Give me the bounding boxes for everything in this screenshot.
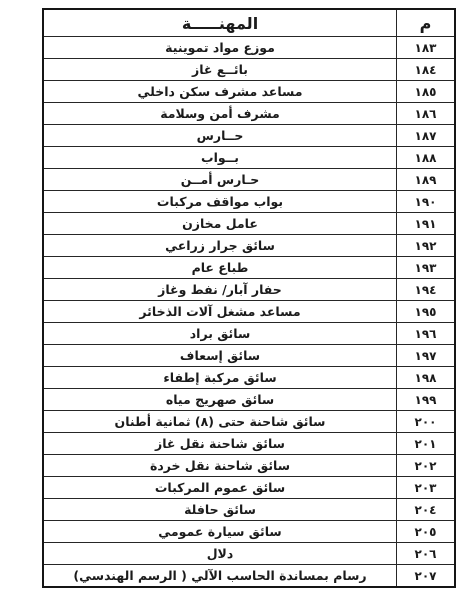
row-number-cell: ٢٠٦ bbox=[397, 543, 456, 565]
profession-cell: سائق شاحنة حتى (٨) ثمانية أطنان bbox=[43, 411, 397, 433]
row-number-cell: ١٨٧ bbox=[397, 125, 456, 147]
row-number-cell: ١٩٣ bbox=[397, 257, 456, 279]
profession-cell: حفار آبار/ نفط وغاز bbox=[43, 279, 397, 301]
profession-cell: رسام بمساندة الحاسب الآلي ( الرسم الهندس… bbox=[43, 565, 397, 588]
profession-cell: سائق شاحنة نقل غاز bbox=[43, 433, 397, 455]
table-row: ١٨٧حــارس bbox=[43, 125, 455, 147]
row-number-cell: ١٩٠ bbox=[397, 191, 456, 213]
row-number-cell: ٢٠٣ bbox=[397, 477, 456, 499]
table-row: ٢٠٥سائق سيارة عمومي bbox=[43, 521, 455, 543]
table-row: ١٩٠بواب مواقف مركبات bbox=[43, 191, 455, 213]
table-row: ١٩٥مساعد مشغل آلات الذخائر bbox=[43, 301, 455, 323]
table-body: ١٨٣موزع مواد تموينية١٨٤بائــع غاز١٨٥مساع… bbox=[43, 37, 455, 588]
row-number-cell: ١٩١ bbox=[397, 213, 456, 235]
row-number-cell: ١٩٥ bbox=[397, 301, 456, 323]
profession-cell: حـارس أمــن bbox=[43, 169, 397, 191]
table-row: ٢٠٤سائق حافلة bbox=[43, 499, 455, 521]
table-row: ١٩٦سائق براد bbox=[43, 323, 455, 345]
profession-cell: دلال bbox=[43, 543, 397, 565]
profession-cell: بائــع غاز bbox=[43, 59, 397, 81]
row-number-cell: ٢٠١ bbox=[397, 433, 456, 455]
table-row: ١٩٧سائق إسعاف bbox=[43, 345, 455, 367]
row-number-cell: ١٩٦ bbox=[397, 323, 456, 345]
row-number-cell: ٢٠٧ bbox=[397, 565, 456, 588]
table-row: ١٨٨بــواب bbox=[43, 147, 455, 169]
row-number-cell: ٢٠٠ bbox=[397, 411, 456, 433]
table-row: ٢٠١سائق شاحنة نقل غاز bbox=[43, 433, 455, 455]
number-column-header: م bbox=[397, 9, 456, 37]
table-row: ١٨٥مساعد مشرف سكن داخلي bbox=[43, 81, 455, 103]
profession-cell: موزع مواد تموينية bbox=[43, 37, 397, 59]
table-row: ٢٠٣سائق عموم المركبات bbox=[43, 477, 455, 499]
profession-cell: عامل مخازن bbox=[43, 213, 397, 235]
profession-cell: مشرف أمن وسلامة bbox=[43, 103, 397, 125]
profession-cell: سائق شاحنة نقل خردة bbox=[43, 455, 397, 477]
row-number-cell: ١٨٥ bbox=[397, 81, 456, 103]
table-row: ١٩٣طباع عام bbox=[43, 257, 455, 279]
row-number-cell: ١٨٩ bbox=[397, 169, 456, 191]
table-row: ٢٠٧رسام بمساندة الحاسب الآلي ( الرسم اله… bbox=[43, 565, 455, 588]
table-row: ١٨٣موزع مواد تموينية bbox=[43, 37, 455, 59]
profession-cell: مساعد مشغل آلات الذخائر bbox=[43, 301, 397, 323]
row-number-cell: ١٩٨ bbox=[397, 367, 456, 389]
row-number-cell: ٢٠٤ bbox=[397, 499, 456, 521]
profession-cell: سائق براد bbox=[43, 323, 397, 345]
row-number-cell: ١٨٤ bbox=[397, 59, 456, 81]
profession-cell: سائق إسعاف bbox=[43, 345, 397, 367]
row-number-cell: ٢٠٥ bbox=[397, 521, 456, 543]
table-row: ١٩٩سائق صهريج مياه bbox=[43, 389, 455, 411]
profession-cell: مساعد مشرف سكن داخلي bbox=[43, 81, 397, 103]
profession-cell: سائق مركبة إطفاء bbox=[43, 367, 397, 389]
profession-cell: حــارس bbox=[43, 125, 397, 147]
profession-cell: سائق جرار زراعي bbox=[43, 235, 397, 257]
table-row: ١٩٤حفار آبار/ نفط وغاز bbox=[43, 279, 455, 301]
profession-cell: سائق صهريج مياه bbox=[43, 389, 397, 411]
profession-cell: سائق سيارة عمومي bbox=[43, 521, 397, 543]
table-row: ١٩٨سائق مركبة إطفاء bbox=[43, 367, 455, 389]
profession-cell: بواب مواقف مركبات bbox=[43, 191, 397, 213]
profession-cell: سائق حافلة bbox=[43, 499, 397, 521]
table-row: ١٨٩حـارس أمــن bbox=[43, 169, 455, 191]
row-number-cell: ١٩٢ bbox=[397, 235, 456, 257]
row-number-cell: ٢٠٢ bbox=[397, 455, 456, 477]
table-row: ١٨٦مشرف أمن وسلامة bbox=[43, 103, 455, 125]
table-row: ٢٠٠سائق شاحنة حتى (٨) ثمانية أطنان bbox=[43, 411, 455, 433]
row-number-cell: ١٨٣ bbox=[397, 37, 456, 59]
table-row: ١٩٢سائق جرار زراعي bbox=[43, 235, 455, 257]
profession-cell: بــواب bbox=[43, 147, 397, 169]
row-number-cell: ١٨٨ bbox=[397, 147, 456, 169]
row-number-cell: ١٩٩ bbox=[397, 389, 456, 411]
row-number-cell: ١٩٧ bbox=[397, 345, 456, 367]
table-row: ١٩١عامل مخازن bbox=[43, 213, 455, 235]
profession-cell: سائق عموم المركبات bbox=[43, 477, 397, 499]
row-number-cell: ١٨٦ bbox=[397, 103, 456, 125]
table-row: ١٨٤بائــع غاز bbox=[43, 59, 455, 81]
document-page: م المهنـــــة ١٨٣موزع مواد تموينية١٨٤بائ… bbox=[0, 0, 466, 605]
profession-cell: طباع عام bbox=[43, 257, 397, 279]
table-row: ٢٠٢سائق شاحنة نقل خردة bbox=[43, 455, 455, 477]
header-row: م المهنـــــة bbox=[43, 9, 455, 37]
profession-column-header: المهنـــــة bbox=[43, 9, 397, 37]
table-row: ٢٠٦دلال bbox=[43, 543, 455, 565]
professions-table: م المهنـــــة ١٨٣موزع مواد تموينية١٨٤بائ… bbox=[42, 8, 456, 588]
table-header: م المهنـــــة bbox=[43, 9, 455, 37]
row-number-cell: ١٩٤ bbox=[397, 279, 456, 301]
